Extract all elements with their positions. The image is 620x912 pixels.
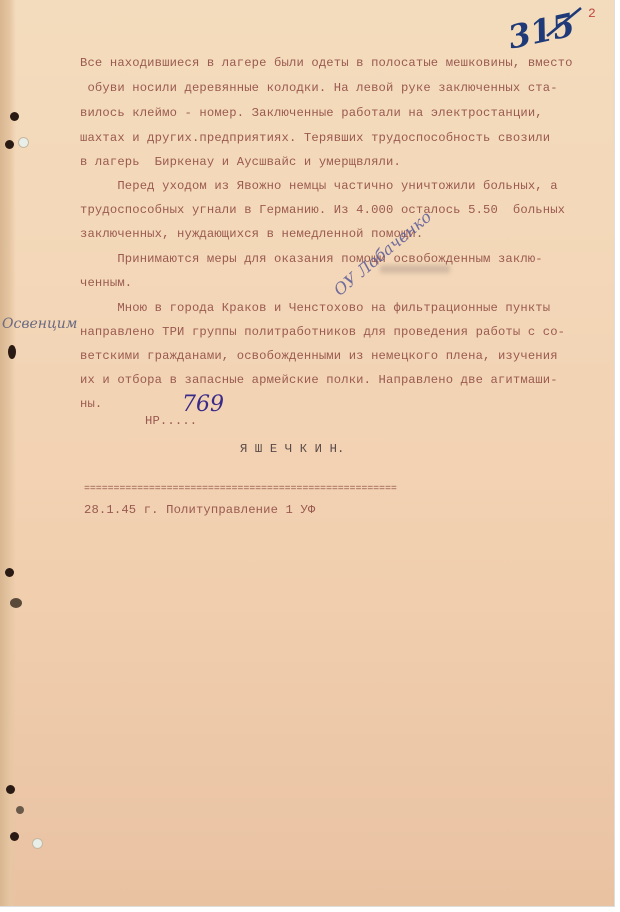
footer: 28.1.45 г. Политуправление 1 УФ: [84, 503, 315, 517]
binding-edge: [0, 0, 16, 906]
smudged-stamp: [380, 265, 450, 273]
paragraph-line: Мною в города Краков и Ченстохово на фил…: [80, 301, 550, 315]
paragraph-line: ны.: [80, 397, 102, 411]
binding-hole: [18, 137, 29, 148]
binding-hole: [5, 140, 14, 149]
paragraph-line: Принимаются меры для оказания помощи осв…: [80, 252, 543, 266]
binding-hole: [32, 838, 43, 849]
binding-hole: [8, 345, 16, 359]
paragraph-line: в лагерь Биркенау и Аусшвайс и умерщвлял…: [80, 155, 401, 169]
binding-hole: [10, 832, 19, 841]
document-page: 2 315 Все находившиеся в лагере были оде…: [0, 0, 615, 907]
paragraph-line: вилось клеймо - номер. Заключенные работ…: [80, 106, 543, 120]
paragraph-line: ветскими гражданами, освобожденными из н…: [80, 349, 558, 363]
separator: ========================================…: [84, 484, 397, 495]
paragraph-line: обуви носили деревянные колодки. На лево…: [80, 81, 558, 95]
paragraph-line: их и отбора в запасные армейские полки. …: [80, 373, 558, 387]
paragraph-line: заключенных, нуждающихся в немедленной п…: [80, 227, 423, 241]
page-number: 2: [588, 6, 596, 21]
binding-hole: [6, 785, 15, 794]
binding-hole: [16, 806, 24, 814]
paragraph-line: трудоспособных угнали в Германию. Из 4.0…: [80, 203, 565, 217]
pen-stroke-icon: [545, 4, 585, 38]
signature: Я Ш Е Ч К И Н.: [240, 442, 345, 456]
binding-hole: [10, 112, 19, 121]
paragraph-line: ченным.: [80, 276, 132, 290]
binding-hole: [10, 598, 22, 608]
margin-note-handwritten: Освенцим: [2, 316, 77, 332]
paragraph-line: шахтах и других.предприятиях. Терявших т…: [80, 131, 550, 145]
paragraph-line: направлено ТРИ группы политработников дл…: [80, 325, 565, 339]
reference-number-handwritten: 769: [182, 392, 224, 417]
paragraph-line: Все находившиеся в лагере были одеты в п…: [80, 56, 573, 70]
paragraph-line: Перед уходом из Явожно немцы частично ун…: [80, 179, 558, 193]
binding-hole: [5, 568, 14, 577]
